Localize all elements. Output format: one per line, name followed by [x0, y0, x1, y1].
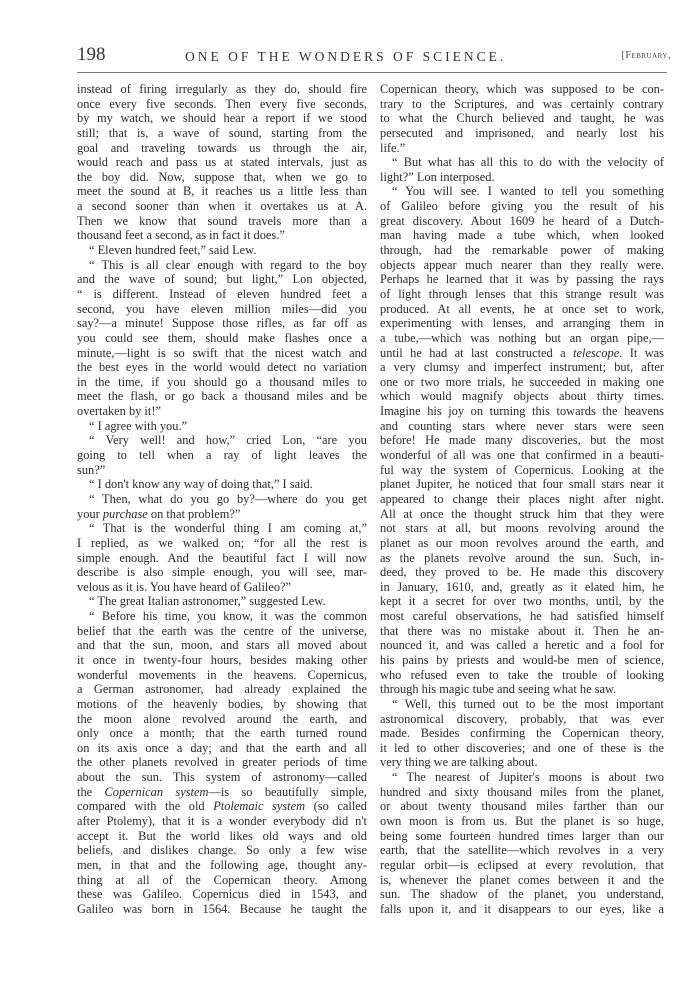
text-line: the best eyes in the world would detect …: [77, 360, 367, 375]
text-line: would reach and pass us at stated interv…: [77, 155, 367, 170]
text-line: meet the sound at B, it reaches us a lit…: [77, 184, 367, 199]
text-line: hundred and sixty thousand miles from th…: [380, 785, 664, 800]
text-line: simple enough. And the beautiful fact I …: [77, 551, 367, 566]
text-line: objects appear much nearer than they rea…: [380, 258, 664, 273]
text-line: beliefs, and dislikes change. So only a …: [77, 843, 367, 858]
text-line: of light through lenses that this strang…: [380, 287, 664, 302]
text-line: a very clumsy and imperfect instrument; …: [380, 360, 664, 375]
text-line: “ You will see. I wanted to tell you som…: [380, 184, 664, 199]
text-line: one or two more trials, he succeeded in …: [380, 375, 664, 390]
text-line: meet the flash, or go back a thousand mi…: [77, 389, 367, 404]
text-line: and the wave of sound; but light,” Lon o…: [77, 272, 367, 287]
text-line: “ Before his time, you know, it was the …: [77, 609, 367, 624]
text-line: going to tell when a ray of light leaves…: [77, 448, 367, 463]
text-line: as the planets revolve around the sun. S…: [380, 551, 664, 566]
text-line: of Galileo before giving you the result …: [380, 199, 664, 214]
text-run: the: [77, 785, 105, 799]
page-number: 198: [77, 44, 106, 66]
italic-term: purchase: [103, 507, 148, 521]
text-line: “ Then, what do you go by?—where do you …: [77, 492, 367, 507]
text-line: most careful observations, he had satisf…: [380, 609, 664, 624]
text-line: trary to the Scriptures, and was certain…: [380, 97, 664, 112]
text-line: thousand feet a second, as in fact it do…: [77, 228, 367, 243]
italic-term: Ptolemaic system: [213, 799, 305, 813]
text-line: it once in twenty-four hours, besides ma…: [77, 653, 367, 668]
text-line: motions of the heavenly bodies, by showi…: [77, 697, 367, 712]
text-line: and that the sun, moon, and stars all mo…: [77, 638, 367, 653]
text-line: a German astronomer, had already explain…: [77, 682, 367, 697]
text-line: “ That is the wonderful thing I am comin…: [77, 521, 367, 536]
text-line: a second sooner than when it overtakes u…: [77, 199, 367, 214]
text-line: “ Very well! and how,” cried Lon, “are y…: [77, 433, 367, 448]
text-line: the boy did. Now, suppose that, when we …: [77, 170, 367, 185]
text-line: thing at all of the Copernican theory. A…: [77, 873, 367, 888]
text-line: who refused even to take the trouble of …: [380, 668, 664, 683]
text-run: . It was: [619, 346, 664, 360]
running-title: ONE OF THE WONDERS OF SCIENCE.: [185, 49, 506, 65]
text-line: “ Well, this turned out to be the most i…: [380, 697, 664, 712]
text-line: in January, 1610, and, greatly as it ela…: [380, 580, 664, 595]
text-line: “ This is all clear enough with regard t…: [77, 258, 367, 273]
text-line: planet Jupiter, he noticed that four sma…: [380, 477, 664, 492]
text-run: your: [77, 507, 103, 521]
text-line: on its axis once a day; and that the ear…: [77, 741, 367, 756]
text-line: through, had the remarkable power of mak…: [380, 243, 664, 258]
text-line: you could see them, should make flashes …: [77, 331, 367, 346]
text-line: your purchase on that problem?”: [77, 507, 367, 522]
text-line: planet as our moon revolves around the e…: [380, 536, 664, 551]
text-line: “ I don't know any way of doing that,” I…: [77, 477, 367, 492]
text-line: after Ptolemy), that it is a wonder ever…: [77, 814, 367, 829]
text-line: astronomical discovery, probably, that w…: [380, 712, 664, 727]
text-line: is, whenever the planet comes between it…: [380, 873, 664, 888]
text-line: sun. The shadow of the planet, you under…: [380, 887, 664, 902]
text-line: velous as it is. You have heard of Galil…: [77, 580, 367, 595]
text-line: Copernican theory, which was supposed to…: [380, 82, 664, 97]
text-line: men, in that and the following age, thou…: [77, 858, 367, 873]
text-line: to what the Church believed and taught, …: [380, 111, 664, 126]
text-line: appeared to change their places night af…: [380, 492, 664, 507]
text-line: ful way the system of Copernicus. Lookin…: [380, 463, 664, 478]
text-line: not stars at all, but moons revolving ar…: [380, 521, 664, 536]
text-line: Then we know that sound travels more tha…: [77, 214, 367, 229]
text-line: produced. At all events, he at once set …: [380, 302, 664, 317]
text-line: until he had at last constructed a teles…: [380, 346, 664, 361]
text-line: a tube,—which was nothing but an organ p…: [380, 331, 664, 346]
text-line: “ The great Italian astronomer,” suggest…: [77, 594, 367, 609]
left-column: instead of firing irregularly as they do…: [77, 82, 367, 917]
text-line: Imagine his joy on turning this towards …: [380, 404, 664, 419]
text-run: compared with the old: [77, 799, 213, 813]
text-line: overtaken by it!”: [77, 404, 367, 419]
text-line: once every five seconds. Then every five…: [77, 97, 367, 112]
text-line: in the time, if you should go a thousand…: [77, 375, 367, 390]
text-line: persecuted and imprisoned, and nearly lo…: [380, 126, 664, 141]
text-line: the Copernican system—is so beautifully …: [77, 785, 367, 800]
text-line: the other planets revolved in greater pe…: [77, 755, 367, 770]
text-line: nounced it, and was called a heretic and…: [380, 638, 664, 653]
text-line: that there was no mistake about it. Then…: [380, 624, 664, 639]
text-line: goal and traveling towards us through th…: [77, 141, 367, 156]
text-line: “ I agree with you.”: [77, 419, 367, 434]
text-line: or about twenty thousand miles farther t…: [380, 799, 664, 814]
running-date: [February,: [622, 50, 671, 61]
text-line: wonderful of all was one that confirmed …: [380, 448, 664, 463]
text-line: compared with the old Ptolemaic system (…: [77, 799, 367, 814]
text-line: “ The nearest of Jupiter's moons is abou…: [380, 770, 664, 785]
text-line: wonderful movements in the heavens. Cope…: [77, 668, 367, 683]
text-line: I replied, as we walked on; “for all the…: [77, 536, 367, 551]
text-line: great discovery. About 1609 he heard of …: [380, 214, 664, 229]
text-line: experimenting with lenses, and arranging…: [380, 316, 664, 331]
text-run: on that problem?”: [148, 507, 241, 521]
header-rule: [77, 72, 667, 73]
text-line: still; that is, a wave of sound, startin…: [77, 126, 367, 141]
text-line: accept it. But the world likes old ways …: [77, 829, 367, 844]
text-line: it led to other discoveries; and one of …: [380, 741, 664, 756]
text-line: very thing we are talking about.: [380, 755, 664, 770]
text-line: and counting stars where never stars wer…: [380, 419, 664, 434]
text-line: All at once the thought struck him that …: [380, 507, 664, 522]
italic-term: Copernican system: [105, 785, 209, 799]
text-line: before! He made many discoveries, but th…: [380, 433, 664, 448]
text-line: which would magnify objects about thirty…: [380, 389, 664, 404]
text-line: by my watch, we should hear a report if …: [77, 111, 367, 126]
text-line: belief that the earth was the centre of …: [77, 624, 367, 639]
text-line: instead of firing irregularly as they do…: [77, 82, 367, 97]
text-line: life.”: [380, 141, 664, 156]
right-column: Copernican theory, which was supposed to…: [380, 82, 664, 917]
text-run: —is so beautifully simple,: [208, 785, 367, 799]
text-line: own moon is from us. But the planet is s…: [380, 814, 664, 829]
text-line: “ Eleven hundred feet,” said Lew.: [77, 243, 367, 258]
text-run: until he had at last constructed a: [380, 346, 573, 360]
text-line: earth, that the satellite—which revolves…: [380, 843, 664, 858]
text-line: being some fourteen hundred times larger…: [380, 829, 664, 844]
text-line: describe is also simple enough, you will…: [77, 565, 367, 580]
text-line: say?—a minute! Suppose those rifles, as …: [77, 316, 367, 331]
text-line: his pains by priests and would-be men of…: [380, 653, 664, 668]
italic-term: telescope: [573, 346, 619, 360]
text-line: sun?”: [77, 463, 367, 478]
running-header: 198 ONE OF THE WONDERS OF SCIENCE. [Febr…: [77, 44, 667, 66]
text-line: the moon alone revolved around the earth…: [77, 712, 367, 727]
text-line: “ is different. Instead of eleven hundre…: [77, 287, 367, 302]
text-line: made. Besides confirming the Copernican …: [380, 726, 664, 741]
text-line: man having made a tube which, when looke…: [380, 228, 664, 243]
text-run: (so called: [305, 799, 367, 813]
text-line: deed, they proved to be. He made this di…: [380, 565, 664, 580]
text-line: only once a month; that the earth turned…: [77, 726, 367, 741]
text-line: these was Galileo. Copernicus died in 15…: [77, 887, 367, 902]
text-line: second, you have eleven million miles—di…: [77, 302, 367, 317]
text-line: falls upon it, and it disappears to our …: [380, 902, 664, 917]
text-line: “ But what has all this to do with the v…: [380, 155, 664, 170]
text-line: through his magic tube and seeing what h…: [380, 682, 664, 697]
text-line: Galileo was born in 1564. Because he tau…: [77, 902, 367, 917]
text-line: minute,—light is so swift that the nices…: [77, 346, 367, 361]
text-line: about the sun. This system of astronomy—…: [77, 770, 367, 785]
text-line: kept it a secret for over two months, un…: [380, 594, 664, 609]
text-line: light?” Lon interposed.: [380, 170, 664, 185]
text-line: regular orbit—is eclipsed at every revol…: [380, 858, 664, 873]
text-line: Perhaps he learned that it was by passin…: [380, 272, 664, 287]
